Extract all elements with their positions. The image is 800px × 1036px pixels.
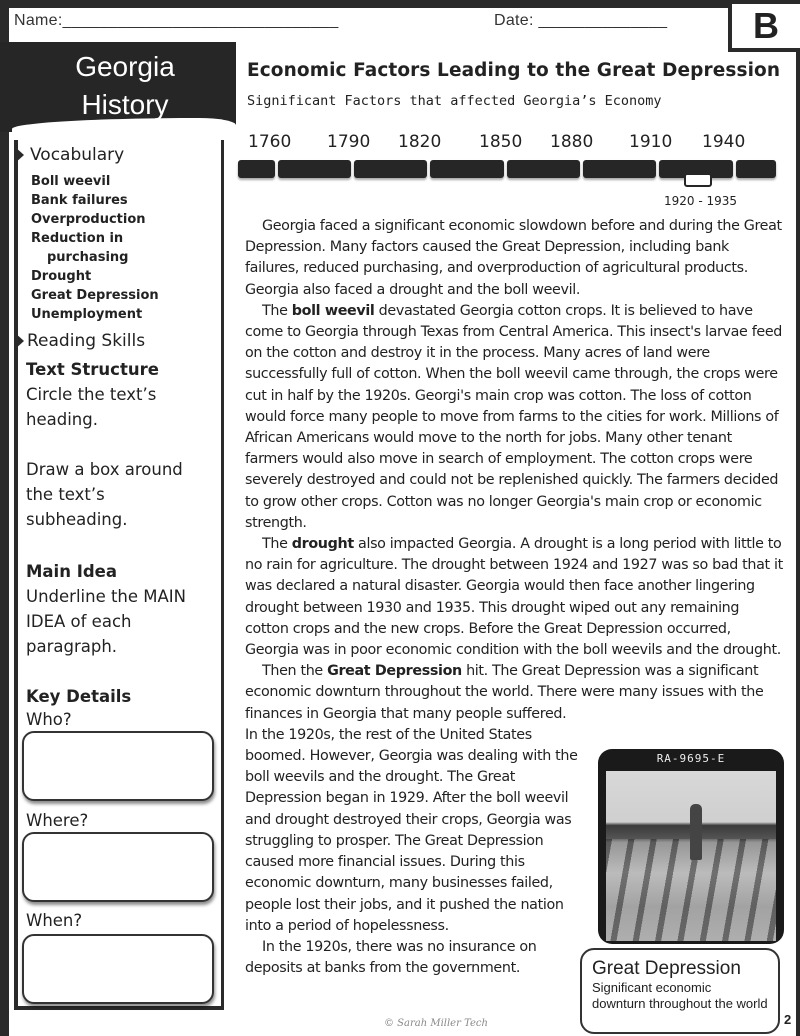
vocab-item: Reduction in: [31, 229, 159, 248]
farmer-figure-image: [690, 804, 702, 860]
when-label: When?: [26, 911, 82, 930]
timeline-year: 1790: [327, 132, 370, 152]
copyright-notice: © Sarah Miller Tech: [384, 1018, 488, 1029]
vocab-item: purchasing: [31, 248, 159, 267]
vocab-item: Great Depression: [31, 286, 159, 305]
timeline-range-marker: [684, 173, 712, 187]
date-label: Date:: [494, 12, 534, 29]
timeline-segment: [238, 160, 275, 178]
term-drought: drought: [292, 536, 354, 552]
timeline-segment: [354, 160, 427, 178]
paragraph-boll-weevil: The boll weevil devastated Georgia cotto…: [245, 301, 785, 534]
vocab-item: Boll weevil: [31, 172, 159, 191]
text-structure-instruction-2: Draw a box around the text’s subheading.: [26, 457, 196, 532]
main-idea-section: Main Idea Underline the MAIN IDEA of eac…: [26, 559, 216, 659]
vocabulary-list: Boll weevil Bank failures Overproduction…: [31, 172, 159, 324]
date-blank: ______________: [539, 12, 668, 29]
vocab-item: Overproduction: [31, 210, 159, 229]
where-answer-box[interactable]: [22, 832, 214, 902]
paragraph-bank-insurance: In the 1920s, there was no insurance on …: [245, 937, 565, 979]
timeline-year: 1880: [550, 132, 593, 152]
page-subtitle: Significant Factors that affected Georgi…: [247, 93, 662, 109]
page-frame-top: [0, 0, 800, 8]
who-label: Who?: [26, 710, 72, 729]
paragraph-drought: The drought also impacted Georgia. A dro…: [245, 534, 785, 661]
timeline-segment: [430, 160, 503, 178]
name-field[interactable]: Name:______________________________: [14, 12, 339, 30]
banner-line-1: Georgia: [14, 48, 236, 86]
historical-photo: RA-9695-E: [598, 749, 784, 944]
timeline-segment: [507, 160, 580, 178]
timeline-segment: [583, 160, 656, 178]
main-idea-heading: Main Idea: [26, 559, 216, 584]
paragraph-intro: Georgia faced a significant economic slo…: [245, 216, 785, 301]
date-field[interactable]: Date: ______________: [494, 12, 667, 30]
text-structure-heading: Text Structure: [26, 357, 216, 382]
page-number: 2: [784, 1012, 791, 1027]
term-boll-weevil: boll weevil: [292, 303, 375, 319]
page-title: Economic Factors Leading to the Great De…: [247, 60, 780, 81]
where-label: Where?: [26, 811, 88, 830]
version-badge: B: [728, 4, 800, 52]
timeline-year: 1910: [629, 132, 672, 152]
term-great-depression: Great Depression: [327, 663, 462, 679]
timeline-segment: [736, 160, 776, 178]
vocab-item: Drought: [31, 267, 159, 286]
text-structure-instruction-1: Circle the text’s heading.: [26, 382, 176, 432]
vocab-item: Unemployment: [31, 305, 159, 324]
timeline-year: 1820: [398, 132, 441, 152]
caption-title: Great Depression: [592, 958, 768, 980]
who-answer-box[interactable]: [22, 731, 214, 801]
name-blank: ______________________________: [63, 12, 339, 29]
caption-text: Significant economic downturn throughout…: [592, 980, 768, 1012]
text-structure-section: Text Structure Circle the text’s heading…: [26, 357, 216, 532]
name-label: Name:: [14, 12, 63, 29]
timeline-range-label: 1920 - 1935: [664, 194, 737, 208]
reading-skills-heading: Reading Skills: [27, 331, 145, 351]
key-details-section: Key Details: [26, 684, 216, 709]
timeline-year: 1850: [479, 132, 522, 152]
vocab-item: Bank failures: [31, 191, 159, 210]
timeline-year-labels: 1760 1790 1820 1850 1880 1910 1940: [0, 132, 800, 156]
when-answer-box[interactable]: [22, 934, 214, 1004]
key-details-heading: Key Details: [26, 684, 216, 709]
timeline-year: 1940: [702, 132, 745, 152]
timeline-segment: [278, 160, 351, 178]
photo-negative-label: RA-9695-E: [598, 749, 784, 769]
definition-caption: Great Depression Significant economic do…: [580, 948, 780, 1034]
main-idea-instruction: Underline the MAIN IDEA of each paragrap…: [26, 584, 211, 659]
arrow-marker-icon: [14, 332, 24, 350]
timeline-year: 1760: [248, 132, 291, 152]
